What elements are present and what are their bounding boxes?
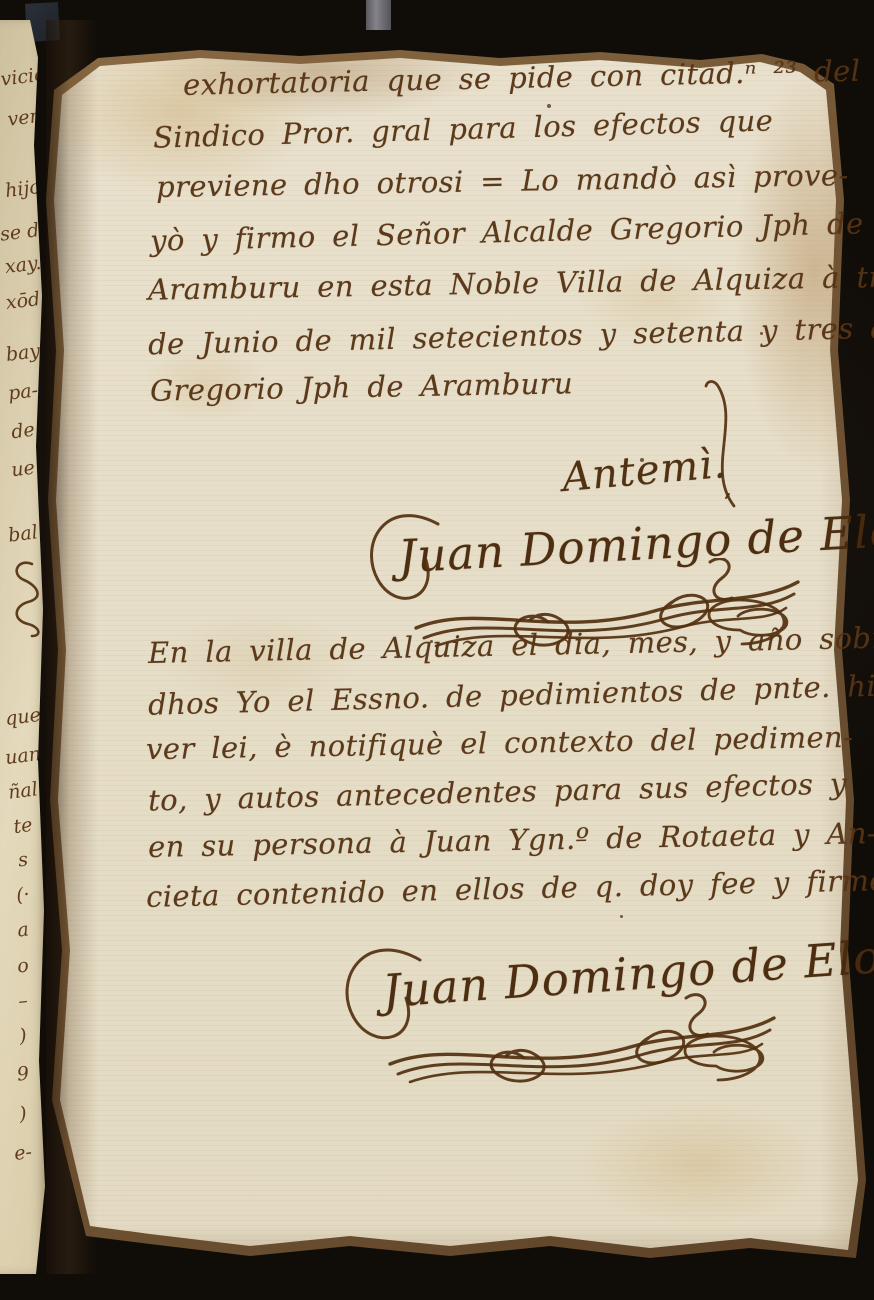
manuscript-line: En la villa de Alquiza el dia, mes, y añ…: [148, 620, 874, 670]
ink-speck: [430, 640, 433, 643]
manuscript-line: Sindico Pror. gral para los efectos que: [153, 103, 774, 154]
manuscript-line: to, y autos antecedentes para sus efecto…: [148, 766, 847, 817]
manuscript-line: yò y firmo el Señor Alcalde Gregorio Jph…: [150, 206, 864, 257]
manuscript-line: Gregorio Jph de Aramburu: [150, 366, 574, 407]
ink-speck: [547, 104, 551, 108]
manuscript-line: ver lei, è notifiquè el contexto del ped…: [146, 720, 854, 766]
manuscript-line: dhos Yo el Essno. de pedimientos de pnte…: [148, 666, 874, 722]
ink-speck: [760, 332, 763, 335]
manuscript-text: exhortatoria que se pide con citad.ⁿ ²³ …: [0, 0, 874, 1300]
manuscript-line: en su persona à Juan Ygn.º de Rotaeta y …: [148, 816, 874, 864]
manuscript-photograph: vicio ver hijo se de xay. xōd bay pa- de…: [0, 0, 874, 1300]
ink-speck: [620, 915, 623, 918]
manuscript-line: previene dho otrosi = Lo mandò asì prove…: [156, 158, 849, 204]
manuscript-line: de Junio de mil setecientos y setenta y …: [148, 309, 874, 362]
manuscript-line: exhortatoria que se pide con citad.ⁿ ²³ …: [183, 52, 874, 102]
ink-speck: [640, 458, 644, 462]
signature-rubric: [382, 992, 782, 1090]
manuscript-line: Aramburu en esta Noble Villa de Alquiza …: [148, 259, 874, 306]
manuscript-line: cieta contenido en ellos de q. doy fee y…: [146, 862, 874, 914]
attestation-flourish: [690, 378, 750, 508]
